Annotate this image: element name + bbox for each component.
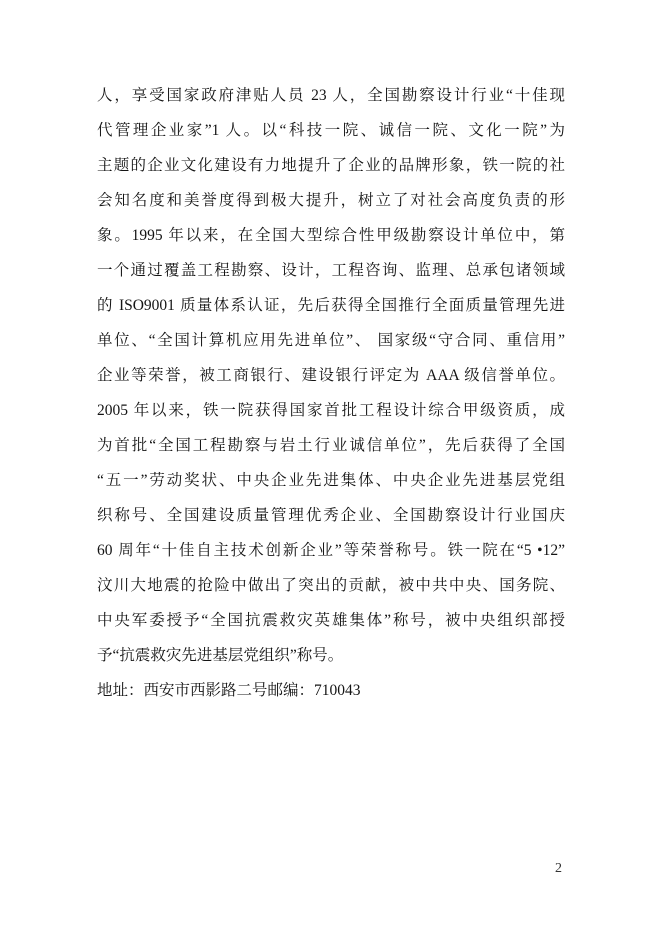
- text-line: 2005 年以来，铁一院获得国家首批工程设计综合甲级资质，成: [97, 393, 565, 428]
- text-line: 人，享受国家政府津贴人员 23 人，全国勘察设计行业“十佳现: [97, 78, 565, 113]
- text-line: 汶川大地震的抢险中做出了突出的贡献，被中共中央、国务院、: [97, 568, 565, 603]
- text-line: 60 周年“十佳自主技术创新企业”等荣誉称号。铁一院在“5 •12”: [97, 533, 565, 568]
- text-line: 象。1995 年以来，在全国大型综合性甲级勘察设计单位中，第: [97, 218, 565, 253]
- text-line: “五一”劳动奖状、中央企业先进集体、中央企业先进基层党组: [97, 463, 565, 498]
- document-body: 人，享受国家政府津贴人员 23 人，全国勘察设计行业“十佳现 代管理企业家”1 …: [97, 78, 565, 708]
- address-line: 地址：西安市西影路二号邮编：710043: [97, 673, 565, 708]
- text-line: 企业等荣誉，被工商银行、建设银行评定为 AAA 级信誉单位。: [97, 358, 565, 393]
- text-line: 代管理企业家”1 人。以“科技一院、诚信一院、文化一院”为: [97, 113, 565, 148]
- text-line: 单位、“全国计算机应用先进单位”、 国家级“守合同、重信用”: [97, 323, 565, 358]
- text-line: 一个通过覆盖工程勘察、设计，工程咨询、监理、总承包诸领域: [97, 253, 565, 288]
- text-line: 织称号、全国建设质量管理优秀企业、全国勘察设计行业国庆: [97, 498, 565, 533]
- text-line: 会知名度和美誉度得到极大提升，树立了对社会高度负责的形: [97, 183, 565, 218]
- page-number: 2: [555, 860, 562, 878]
- text-line: 予“抗震救灾先进基层党组织”称号。: [97, 638, 565, 673]
- document-page: 人，享受国家政府津贴人员 23 人，全国勘察设计行业“十佳现 代管理企业家”1 …: [0, 0, 661, 935]
- text-line: 的 ISO9001 质量体系认证，先后获得全国推行全面质量管理先进: [97, 288, 565, 323]
- text-line: 为首批“全国工程勘察与岩土行业诚信单位”，先后获得了全国: [97, 428, 565, 463]
- text-line: 主题的企业文化建设有力地提升了企业的品牌形象，铁一院的社: [97, 148, 565, 183]
- text-line: 中央军委授予“全国抗震救灾英雄集体”称号，被中央组织部授: [97, 603, 565, 638]
